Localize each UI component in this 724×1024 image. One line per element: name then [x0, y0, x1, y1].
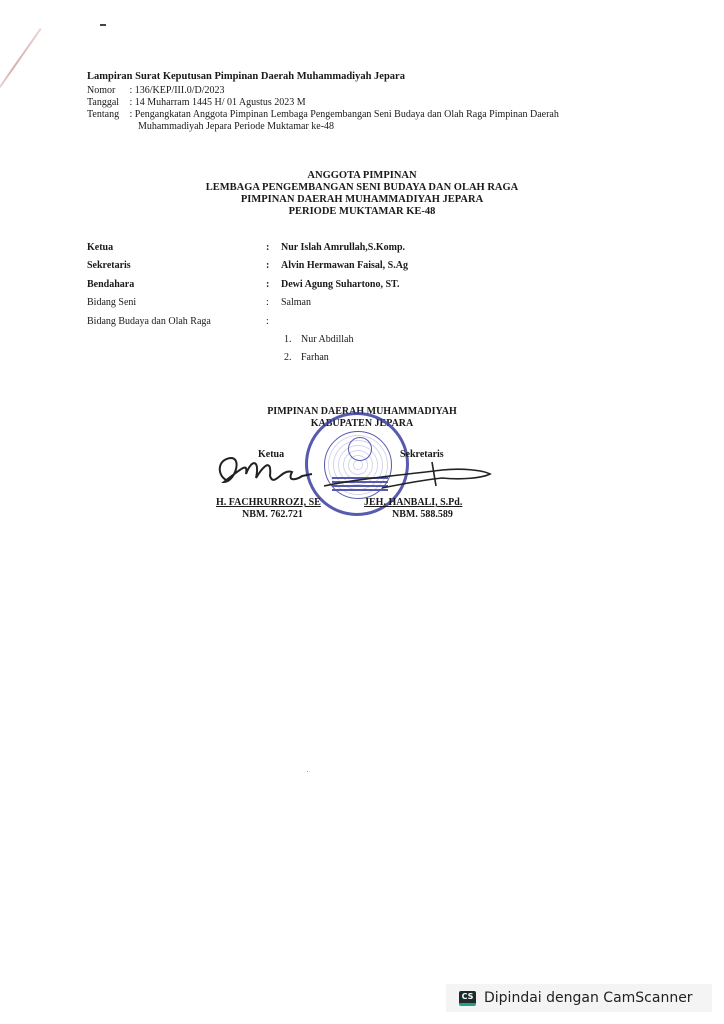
tentang-label: Tentang [87, 109, 127, 120]
signature-left-name: H. FACHRURROZI, SE [216, 497, 321, 508]
tentang-row: Tentang : Pengangkatan Anggota Pimpinan … [87, 109, 559, 120]
member-label-bidang-seni: Bidang Seni [87, 297, 136, 308]
nomor-row: Nomor : 136/KEP/III.0/D/2023 [87, 85, 225, 96]
member-colon: : [266, 260, 269, 271]
camscanner-logo-icon: CS [459, 991, 476, 1006]
member-colon: : [266, 279, 269, 290]
member-label-ketua: Ketua [87, 242, 113, 253]
pen-dot-mark [100, 24, 106, 26]
member-label-bendahara: Bendahara [87, 279, 134, 290]
member-colon: : [266, 297, 269, 308]
tanggal-row: Tanggal : 14 Muharram 1445 H/ 01 Agustus… [87, 97, 306, 108]
nomor-value: : 136/KEP/III.0/D/2023 [130, 85, 225, 96]
signature-right-name: JEH. HANBALI, S.Pd. [364, 497, 462, 508]
member-value-bidang-seni: Salman [281, 297, 311, 308]
member-colon: : [266, 316, 269, 327]
scan-speck [307, 771, 308, 772]
list-number: 1. [284, 334, 292, 345]
pen-stroke-mark [0, 28, 42, 95]
member-label-sekretaris: Sekretaris [87, 260, 131, 271]
heading-line-2: LEMBAGA PENGEMBANGAN SENI BUDAYA DAN OLA… [0, 182, 724, 194]
tentang-value: : Pengangkatan Anggota Pimpinan Lembaga … [130, 109, 559, 120]
camscanner-label: Dipindai dengan CamScanner [484, 990, 693, 1006]
document-header-title: Lampiran Surat Keputusan Pimpinan Daerah… [87, 71, 405, 82]
tanggal-value: : 14 Muharram 1445 H/ 01 Agustus 2023 M [130, 97, 306, 108]
nomor-label: Nomor [87, 85, 127, 96]
signature-right-nbm: NBM. 588.589 [392, 509, 453, 520]
tanggal-label: Tanggal [87, 97, 127, 108]
heading-line-3: PIMPINAN DAERAH MUHAMMADIYAH JEPARA [0, 194, 724, 206]
heading-line-4: PERIODE MUKTAMAR KE-48 [0, 206, 724, 218]
list-item-name: Nur Abdillah [301, 334, 354, 345]
member-colon: : [266, 242, 269, 253]
heading-line-1: ANGGOTA PIMPINAN [0, 170, 724, 182]
member-label-bidang-budaya: Bidang Budaya dan Olah Raga [87, 316, 211, 327]
tentang-continuation: Muhammadiyah Jepara Periode Muktamar ke-… [138, 121, 334, 132]
handwritten-signatures [212, 448, 502, 498]
signature-left-nbm: NBM. 762.721 [242, 509, 303, 520]
member-value-sekretaris: Alvin Hermawan Faisal, S.Ag [281, 260, 408, 271]
camscanner-watermark: CS Dipindai dengan CamScanner [446, 984, 712, 1012]
list-number: 2. [284, 352, 292, 363]
list-item-name: Farhan [301, 352, 329, 363]
member-value-ketua: Nur Islah Amrullah,S.Komp. [281, 242, 405, 253]
member-value-bendahara: Dewi Agung Suhartono, ST. [281, 279, 399, 290]
